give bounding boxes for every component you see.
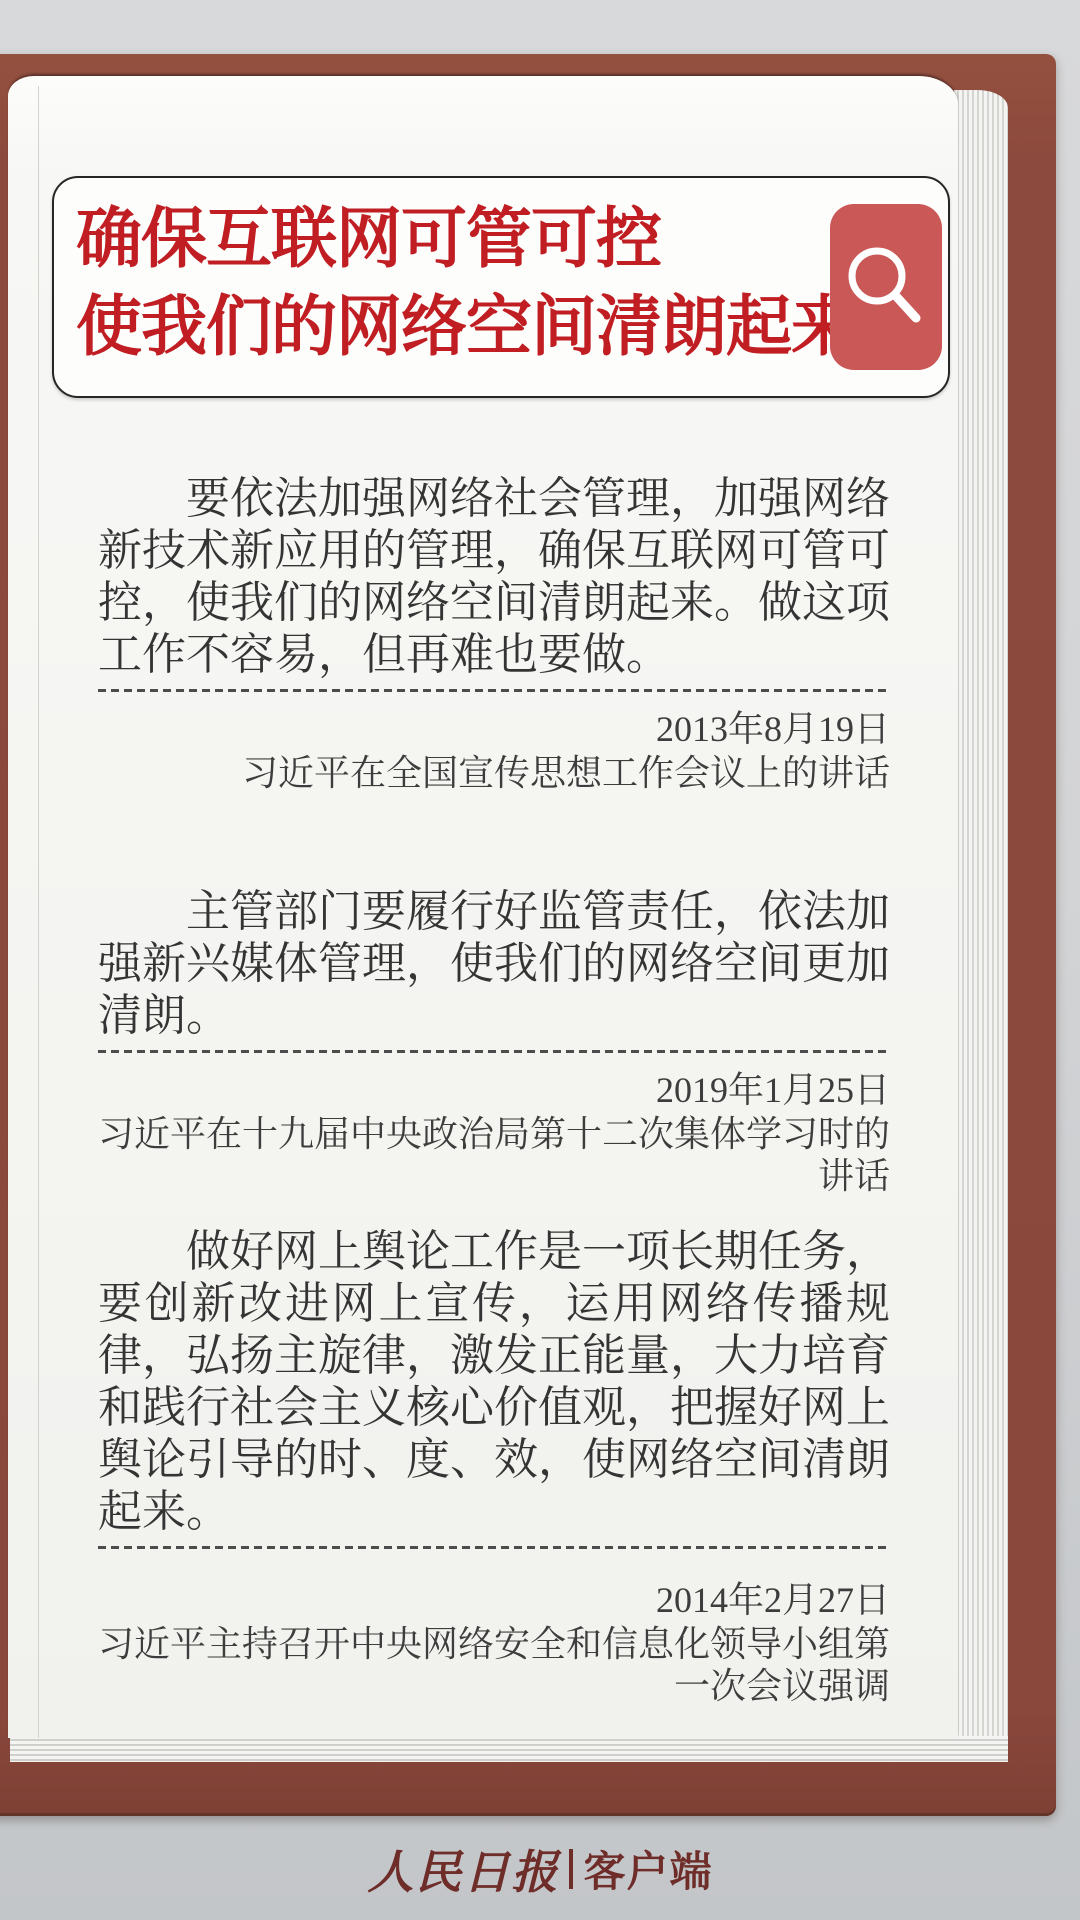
quote-date: 2019年1月25日 [98,1069,890,1111]
quote-text: 主管部门要履行好监管责任，依法加强新兴媒体管理，使我们的网络空间更加清朗。 [98,886,890,1042]
page-title-line2: 使我们的网络空间清朗起来 [76,282,856,370]
quote-date: 2013年8月19日 [98,708,890,750]
poster-stage: 确保互联网可管可控 使我们的网络空间清朗起来 要依法加强网络社会管理，加强网络新… [0,0,1080,1920]
page-edges-bottom [10,1736,1008,1762]
quote-text: 做好网上舆论工作是一项长期任务，要创新改进网上宣传，运用网络传播规律，弘扬主旋律… [98,1226,890,1538]
magnifier-icon [830,204,942,370]
quote-date: 2014年2月27日 [98,1579,890,1621]
quote-text: 要依法加强网络社会管理，加强网络新技术新应用的管理，确保互联网可管可控，使我们的… [98,473,890,681]
brand-divider [569,1849,573,1889]
brand-suffix-label: 客户端 [583,1839,712,1899]
footer-brand: 人民日报 客户端 [0,1834,1080,1904]
search-button [830,204,942,370]
page-gutter [8,86,39,1738]
quote-block-2: 主管部门要履行好监管责任，依法加强新兴媒体管理，使我们的网络空间更加清朗。 20… [98,886,890,1197]
page-title-line1: 确保互联网可管可控 [76,194,856,282]
quote-divider [98,1050,890,1053]
quote-source: 习近平主持召开中央网络安全和信息化领导小组第一次会议强调 [98,1623,890,1707]
page-edges-right [954,90,1008,1758]
page-title: 确保互联网可管可控 使我们的网络空间清朗起来 [76,194,856,370]
quote-source: 习近平在十九届中央政治局第十二次集体学习时的讲话 [98,1113,890,1197]
quote-divider [98,1546,890,1549]
quote-divider [98,689,890,692]
quote-block-3: 做好网上舆论工作是一项长期任务，要创新改进网上宣传，运用网络传播规律，弘扬主旋律… [98,1226,890,1707]
quote-source: 习近平在全国宣传思想工作会议上的讲话 [98,752,890,794]
title-box: 确保互联网可管可控 使我们的网络空间清朗起来 [52,176,950,398]
quote-block-1: 要依法加强网络社会管理，加强网络新技术新应用的管理，确保互联网可管可控，使我们的… [98,473,890,794]
brand-script-logo: 人民日报 [367,1836,559,1902]
